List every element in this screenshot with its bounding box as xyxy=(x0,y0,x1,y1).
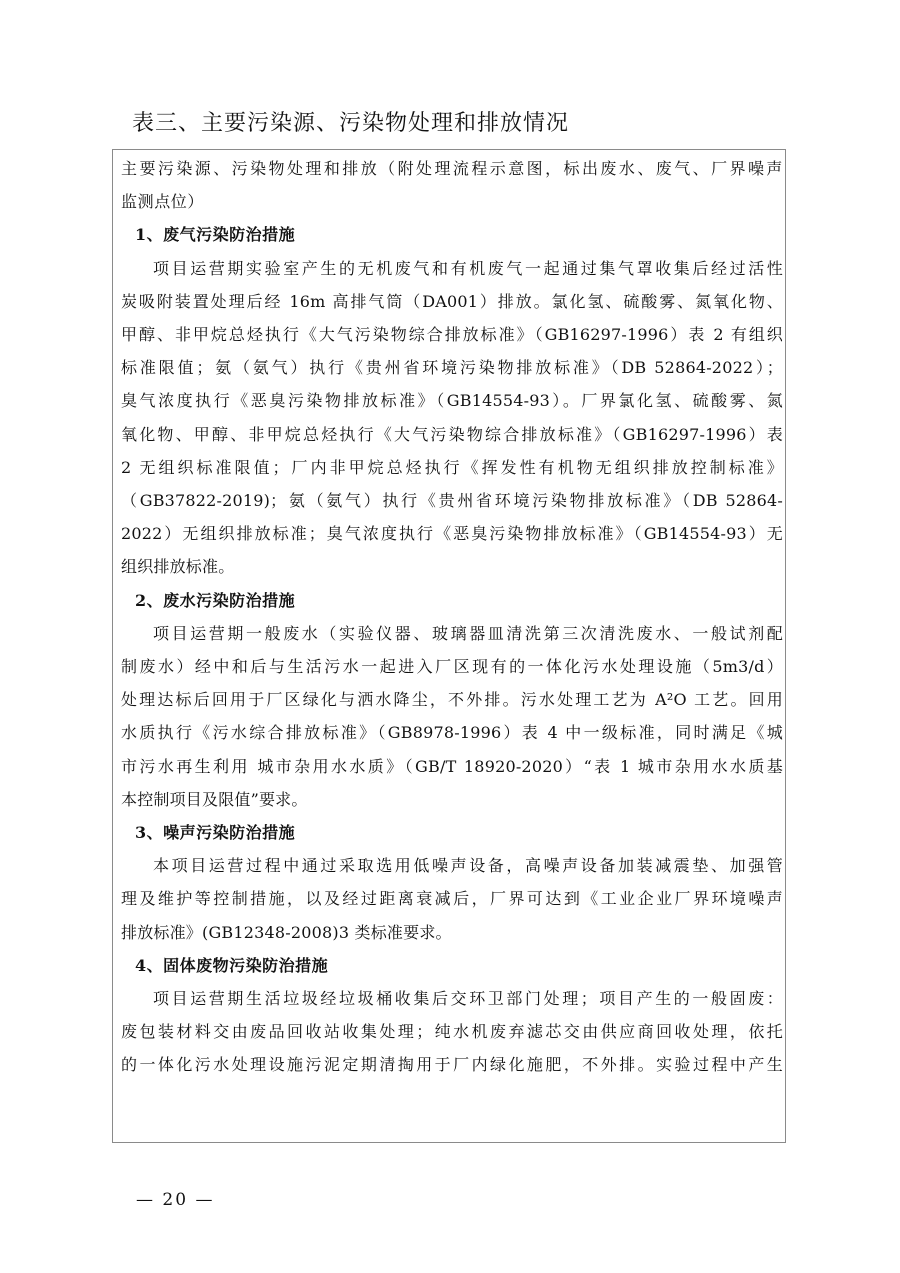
paragraph-line: 炭吸附装置处理后经 16m 高排气筒（DA001）排放。氯化氢、硫酸雾、氮氧化物… xyxy=(121,285,783,318)
paragraph-line: 本控制项目及限值”要求。 xyxy=(121,783,783,816)
paragraph-line: 本项目运营过程中通过采取选用低噪声设备，高噪声设备加装减震垫、加强管 xyxy=(121,849,783,882)
paragraph-line: 排放标准》(GB12348-2008)3 类标准要求。 xyxy=(121,916,783,949)
paragraph-line: 市污水再生利用 城市杂用水水质》（GB/T 18920-2020）“表 1 城市… xyxy=(121,750,783,783)
paragraph-line: 废包装材料交由废品回收站收集处理；纯水机废弃滤芯交由供应商回收处理，依托 xyxy=(121,1015,783,1048)
paragraph-line: 标准限值；氨（氨气）执行《贵州省环境污染物排放标准》（DB 52864-2022… xyxy=(121,351,783,384)
paragraph-line: 处理达标后回用于厂区绿化与洒水降尘，不外排。污水处理工艺为 A²O 工艺。回用 xyxy=(121,683,783,716)
paragraph-line: 臭气浓度执行《恶臭污染物排放标准》（GB14554-93）。厂界氯化氢、硫酸雾、… xyxy=(121,384,783,417)
page-title: 表三、主要污染源、污染物处理和排放情况 xyxy=(132,106,569,137)
paragraph-line: 2022）无组织排放标准；臭气浓度执行《恶臭污染物排放标准》（GB14554-9… xyxy=(121,517,783,550)
table-header-line: 监测点位） xyxy=(121,185,783,218)
paragraph-line: 项目运营期实验室产生的无机废气和有机废气一起通过集气罩收集后经过活性 xyxy=(121,252,783,285)
page-number: — 20 — xyxy=(136,1190,214,1210)
paragraph-line: 2 无组织标准限值；厂内非甲烷总烃执行《挥发性有机物无组织排放控制标准》 xyxy=(121,451,783,484)
pollution-table-box: 主要污染源、污染物处理和排放（附处理流程示意图，标出废水、废气、厂界噪声 监测点… xyxy=(112,149,786,1143)
section-heading-noise: 3、噪声污染防治措施 xyxy=(121,816,783,849)
table-content: 主要污染源、污染物处理和排放（附处理流程示意图，标出废水、废气、厂界噪声 监测点… xyxy=(121,152,783,1082)
section-heading-exhaust-gas: 1、废气污染防治措施 xyxy=(121,218,783,251)
paragraph-line: 的一体化污水处理设施污泥定期清掏用于厂内绿化施肥，不外排。实验过程中产生 xyxy=(121,1048,783,1081)
paragraph-line: 制废水）经中和后与生活污水一起进入厂区现有的一体化污水处理设施（5m3/d） xyxy=(121,650,783,683)
paragraph-line: 理及维护等控制措施，以及经过距离衰减后，厂界可达到《工业企业厂界环境噪声 xyxy=(121,882,783,915)
paragraph-line: （GB37822-2019)；氨（氨气）执行《贵州省环境污染物排放标准》（DB … xyxy=(121,484,783,517)
paragraph-line: 水质执行《污水综合排放标准》（GB8978-1996）表 4 中一级标准，同时满… xyxy=(121,716,783,749)
paragraph-line: 甲醇、非甲烷总烃执行《大气污染物综合排放标准》（GB16297-1996）表 2… xyxy=(121,318,783,351)
paragraph-line: 氧化物、甲醇、非甲烷总烃执行《大气污染物综合排放标准》（GB16297-1996… xyxy=(121,418,783,451)
section-heading-wastewater: 2、废水污染防治措施 xyxy=(121,584,783,617)
paragraph-line: 项目运营期生活垃圾经垃圾桶收集后交环卫部门处理；项目产生的一般固废： xyxy=(121,982,783,1015)
table-header-line: 主要污染源、污染物处理和排放（附处理流程示意图，标出废水、废气、厂界噪声 xyxy=(121,152,783,185)
paragraph-line: 组织排放标准。 xyxy=(121,550,783,583)
section-heading-solid-waste: 4、固体废物污染防治措施 xyxy=(121,949,783,982)
paragraph-line: 项目运营期一般废水（实验仪器、玻璃器皿清洗第三次清洗废水、一般试剂配 xyxy=(121,617,783,650)
